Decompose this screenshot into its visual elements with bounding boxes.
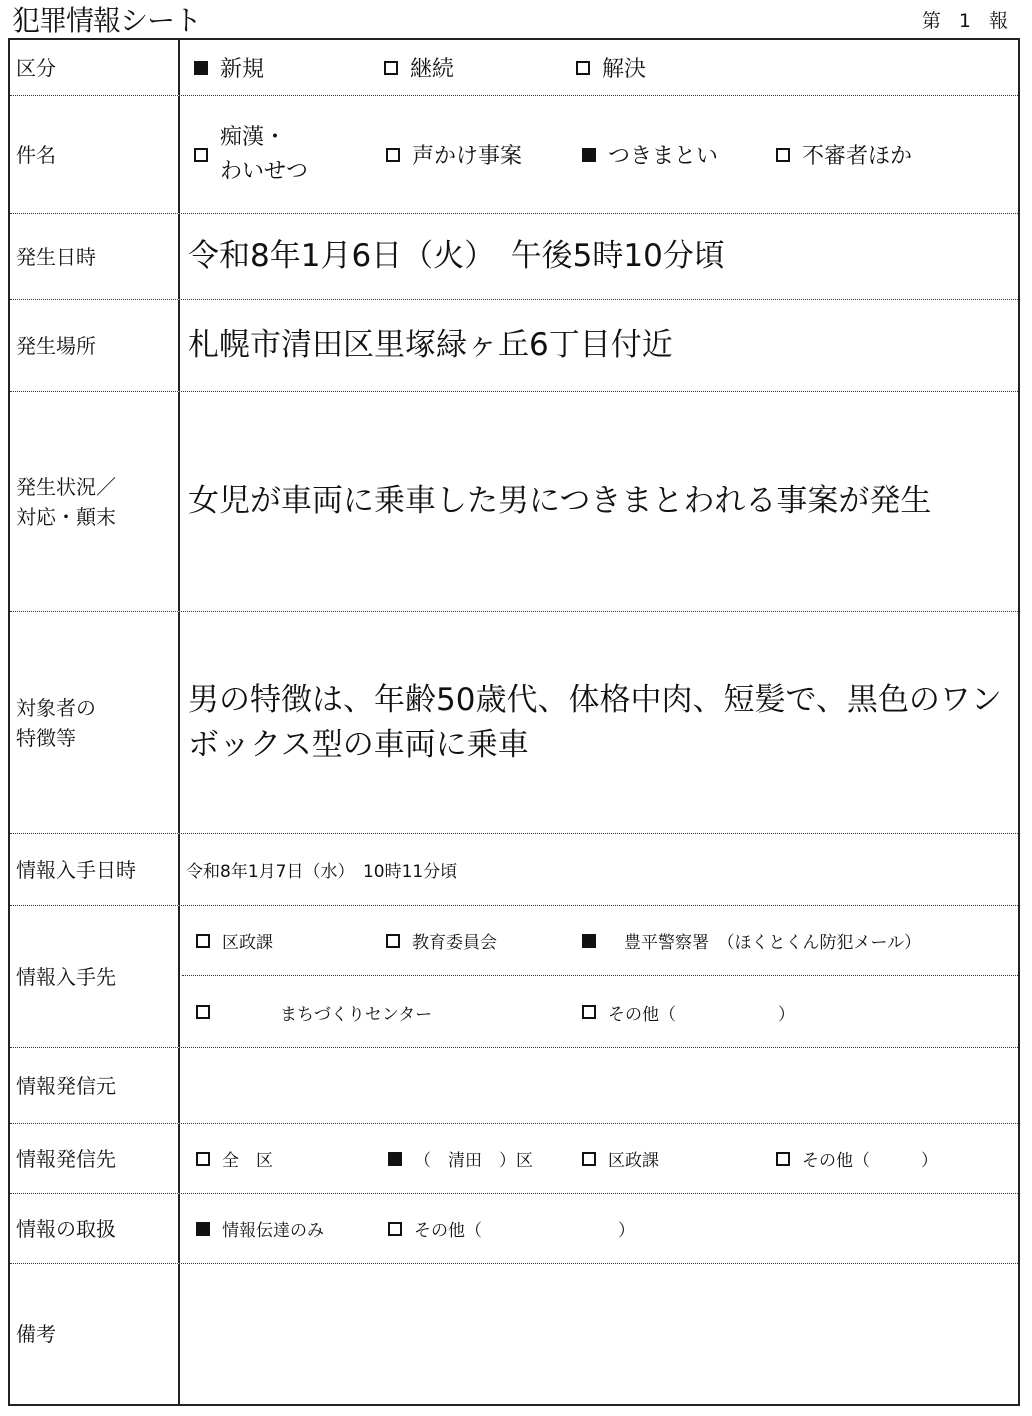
label-info-handling: 情報の取扱 [10,1194,180,1263]
situation-value: 女児が車両に乗車した男につきまとわれる事案が発生 [182,392,1018,611]
dest-all-wards[interactable]: 全 区 [196,1146,388,1171]
row-info-received-datetime: 情報入手日時 令和8年1月7日（水） 10時11分頃 [10,834,1018,906]
row-situation: 発生状況／ 対応・顛末 女児が車両に乗車した男につきまとわれる事案が発生 [10,392,1018,612]
checkbox[interactable] [576,61,590,75]
option-molestation[interactable]: 痴漢・わいせつ [194,121,386,189]
dest-ward-office[interactable]: 区政課 [582,1146,776,1171]
info-sender-value [182,1048,1018,1123]
source-other[interactable]: その他（ ） [582,1000,795,1025]
label-remarks: 備考 [10,1264,180,1404]
source-machizukuri-center[interactable]: まちづくりセンター [196,1000,582,1025]
checkbox-checked[interactable] [582,148,596,162]
checkbox[interactable] [196,1152,210,1166]
row-occurrence-datetime: 発生日時 令和8年1月6日（火） 午後5時10分頃 [10,214,1018,300]
row-info-source: 情報入手先 区政課 教育委員会 豊平警察署 （ほくとくん防犯メール） まちづくり… [10,906,1018,1048]
checkbox[interactable] [776,1152,790,1166]
label-subject-features: 対象者の 特徴等 [10,612,180,833]
checkbox[interactable] [582,1152,596,1166]
checkbox[interactable] [776,148,790,162]
checkbox-checked[interactable] [582,934,596,948]
label-info-received-datetime: 情報入手日時 [10,834,180,905]
info-received-datetime-value: 令和8年1月7日（水） 10時11分頃 [182,834,1018,905]
row-case-type: 件名 痴漢・わいせつ 声かけ事案 つきまとい 不審者ほか [10,96,1018,214]
subject-features-value: 男の特徴は、年齢50歳代、体格中肉、短髪で、黒色のワンボックス型の車両に乗車 [182,612,1018,833]
row-info-sender: 情報発信元 [10,1048,1018,1124]
label-situation: 発生状況／ 対応・顛末 [10,392,180,611]
occurrence-datetime-value: 令和8年1月6日（火） 午後5時10分頃 [182,214,1018,299]
row-occurrence-place: 発生場所 札幌市清田区里塚緑ヶ丘6丁目付近 [10,300,1018,392]
label-occurrence-place: 発生場所 [10,300,180,391]
handling-other[interactable]: その他（ ） [388,1216,635,1241]
checkbox-checked[interactable] [194,61,208,75]
label-info-sender: 情報発信元 [10,1048,180,1123]
checkbox[interactable] [196,934,210,948]
checkbox[interactable] [386,148,400,162]
checkbox[interactable] [386,934,400,948]
option-resolved[interactable]: 解決 [576,52,646,83]
row-subject-features: 対象者の 特徴等 男の特徴は、年齢50歳代、体格中肉、短髪で、黒色のワンボックス… [10,612,1018,834]
label-case-type: 件名 [10,96,180,213]
checkbox-checked[interactable] [196,1222,210,1236]
checkbox[interactable] [582,1005,596,1019]
row-info-handling: 情報の取扱 情報伝達のみ その他（ ） [10,1194,1018,1264]
label-info-destination: 情報発信先 [10,1124,180,1193]
occurrence-place-value: 札幌市清田区里塚緑ヶ丘6丁目付近 [182,300,1018,391]
source-police-station[interactable]: 豊平警察署 （ほくとくん防犯メール） [582,928,921,953]
remarks-value [182,1264,1018,1404]
checkbox[interactable] [196,1005,210,1019]
row-category: 区分 新規 継続 解決 [10,40,1018,96]
option-continued[interactable]: 継続 [384,52,576,83]
handling-info-only[interactable]: 情報伝達のみ [196,1216,388,1241]
source-ward-office[interactable]: 区政課 [196,928,386,953]
report-number: 第 1 報 [922,6,1014,33]
crime-info-form: 区分 新規 継続 解決 件名 痴漢・わいせつ 声かけ事案 つきまとい 不審者ほか… [8,38,1020,1406]
checkbox[interactable] [388,1222,402,1236]
source-board-of-education[interactable]: 教育委員会 [386,928,582,953]
dest-kiyota-ward[interactable]: （ 清田 ）区 [388,1146,582,1171]
label-info-source: 情報入手先 [10,906,180,1047]
dest-other[interactable]: その他（ ） [776,1146,938,1171]
checkbox[interactable] [194,148,208,162]
row-info-destination: 情報発信先 全 区 （ 清田 ）区 区政課 その他（ ） [10,1124,1018,1194]
label-occurrence-datetime: 発生日時 [10,214,180,299]
option-verbal-approach[interactable]: 声かけ事案 [386,139,582,170]
option-stalking[interactable]: つきまとい [582,139,776,170]
sheet-title: 犯罪情報シート [12,4,201,38]
checkbox-checked[interactable] [388,1152,402,1166]
label-category: 区分 [10,40,180,95]
checkbox[interactable] [384,61,398,75]
option-new[interactable]: 新規 [194,52,384,83]
row-remarks: 備考 [10,1264,1018,1404]
option-suspicious-person[interactable]: 不審者ほか [776,139,912,170]
